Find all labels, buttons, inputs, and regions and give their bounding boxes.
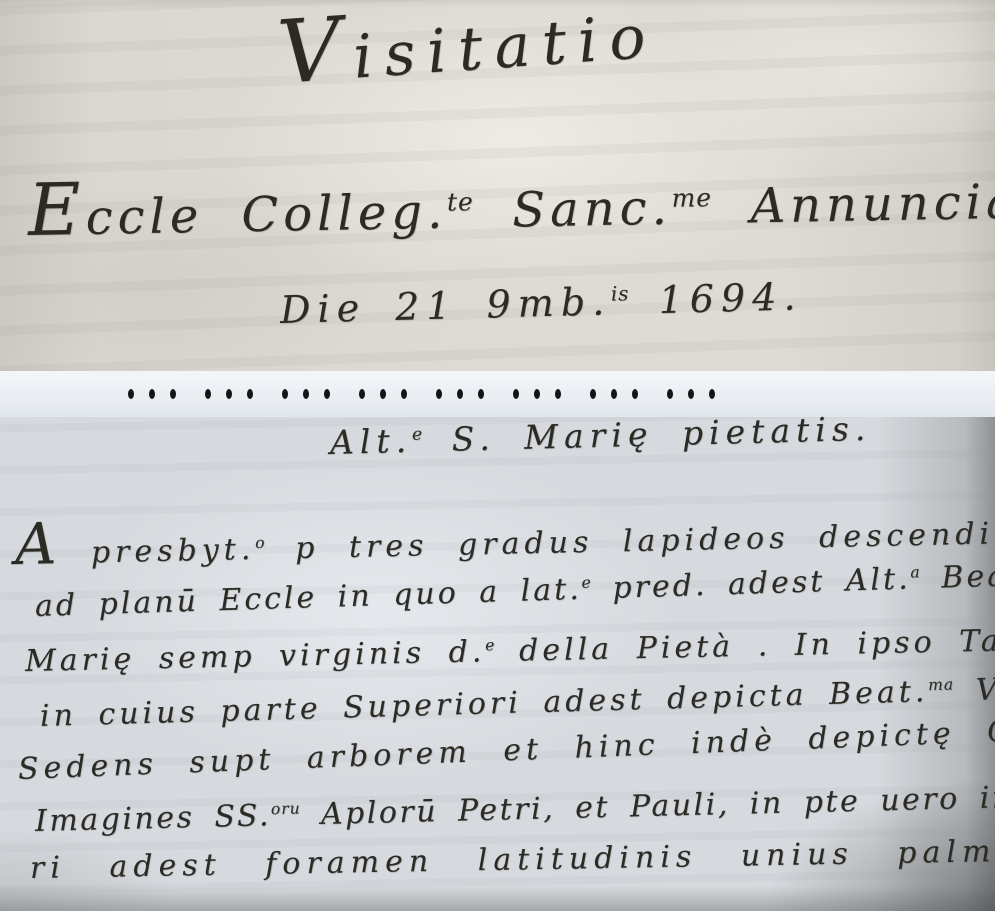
separator-dot: [205, 389, 211, 399]
separator-dot: [303, 389, 309, 399]
text-segment: Eccle: [28, 188, 204, 247]
text-segment: ad planū Eccle in quo a lat.: [34, 572, 582, 624]
dot-group: [513, 389, 561, 399]
bottom-sheet: Alt.e S. Marię pietatis. A presbyt.o p t…: [0, 417, 995, 911]
dot-group: [436, 389, 484, 399]
superscript-abbreviation: is: [611, 282, 630, 305]
text-segment: ri adest foramen latitudinis unius palmi: [30, 834, 995, 886]
visitation-date-line: Die 21 9mb.is 1694.: [279, 274, 803, 332]
separator-dot: [590, 389, 596, 399]
handwritten-line: Marię semp virginis d.e della Pietà . In…: [25, 622, 995, 679]
separator-dot: [380, 389, 386, 399]
separator-dots: [128, 389, 715, 399]
text-segment: Sanc.: [473, 180, 672, 239]
handwritten-line: Imagines SS.oru Aplorū Petri, et Pauli, …: [35, 778, 995, 839]
text-segment: Aplorū Petri, et Pauli, in pte uero infe…: [300, 778, 995, 832]
dot-group: [359, 389, 407, 399]
superscript-abbreviation: oru: [271, 800, 301, 819]
separator-dot: [282, 389, 288, 399]
manuscript-body: A presbyt.o p tres gradus lapideos desce…: [0, 417, 995, 911]
church-dedication-line: Eccle Colleg.te Sanc.me Annunciat.nis: [27, 149, 995, 252]
text-segment: Virgo: [954, 670, 995, 708]
dot-group: [205, 389, 253, 399]
text-segment: p tres gradus lapideos descenditur: [265, 515, 995, 567]
separator-dot: [611, 389, 617, 399]
text-segment: Marię semp virginis d.: [25, 634, 486, 679]
text-segment: Die 21 9mb.: [279, 279, 611, 332]
dot-group: [282, 389, 330, 399]
text-segment: Beatę: [920, 557, 995, 596]
text-segment: Imagines SS.: [35, 798, 272, 839]
separator-dot: [226, 389, 232, 399]
dot-group: [128, 389, 176, 399]
text-segment: A presbyt.: [15, 532, 256, 572]
separator-dot: [401, 389, 407, 399]
top-sheet: Visitatio Eccle Colleg.te Sanc.me Annunc…: [0, 0, 995, 371]
visitatio-title: Visitatio: [274, 0, 660, 104]
separator-dot: [128, 389, 134, 399]
text-segment: della Pietà . In ipso Tabula: [495, 622, 995, 669]
separator-dot: [478, 389, 484, 399]
dot-group: [590, 389, 638, 399]
handwritten-line: ri adest foramen latitudinis unius palmi: [30, 834, 995, 886]
separator-dot: [457, 389, 463, 399]
separator-dot: [667, 389, 673, 399]
manuscript-scan: Visitatio Eccle Colleg.te Sanc.me Annunc…: [0, 0, 995, 911]
separator-dot: [149, 389, 155, 399]
separator-dot: [247, 389, 253, 399]
separator-dot: [534, 389, 540, 399]
text-segment: Colleg.: [203, 184, 448, 244]
superscript-abbreviation: me: [671, 183, 712, 213]
superscript-abbreviation: ma: [928, 675, 955, 694]
separator-dot: [436, 389, 442, 399]
text-segment: Annunciat.: [712, 173, 995, 235]
dot-group: [667, 389, 715, 399]
separator-dot: [170, 389, 176, 399]
superscript-abbreviation: te: [447, 187, 474, 216]
separator-dot: [324, 389, 330, 399]
separator-dot: [632, 389, 638, 399]
separator-dot: [709, 389, 715, 399]
separator-dot: [688, 389, 694, 399]
text-segment: 1694.: [629, 274, 803, 323]
text-segment: pred. adest Alt.: [591, 561, 911, 606]
superscript-abbreviation: o: [255, 534, 266, 552]
separator-dot: [555, 389, 561, 399]
superscript-abbreviation: e: [485, 636, 496, 654]
separator-dot: [513, 389, 519, 399]
separator-dot: [359, 389, 365, 399]
